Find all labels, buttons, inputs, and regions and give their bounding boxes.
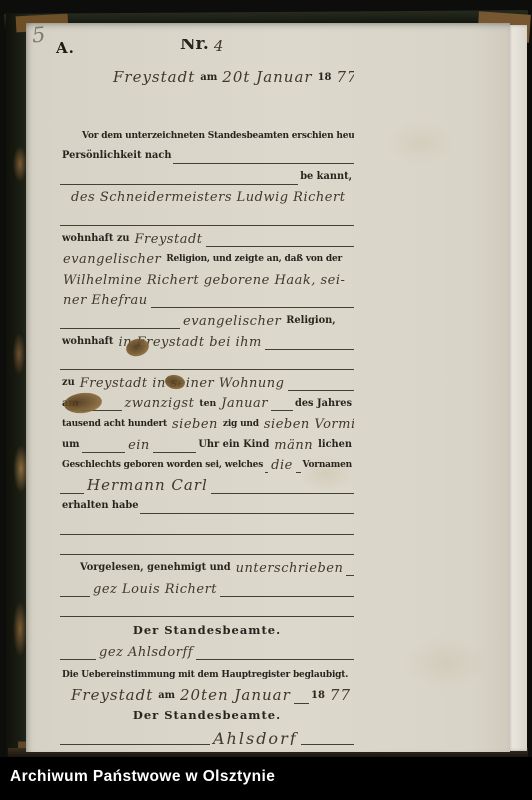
printed-text: 18: [309, 691, 327, 701]
printed-text: Der Standesbeamte.: [131, 625, 283, 637]
printed-text: tausend acht hundert: [60, 420, 169, 429]
form-line: [60, 514, 354, 535]
handwritten-text: Freystadt: [68, 688, 156, 703]
form-line: gez Louis Richert: [60, 576, 354, 597]
handwritten-text: gez Louis Richert: [90, 583, 220, 596]
ruled-blank: [265, 329, 354, 350]
printed-text: Uhr ein Kind: [196, 440, 271, 450]
registrar-signature-line: gez Ahlsdorff: [60, 640, 354, 661]
form-line: Vorgelesen, genehmigt undunterschrieben: [60, 555, 354, 576]
handwritten-text: evangelischer: [180, 315, 284, 328]
document-page: 5 A. Nr.4Freystadtam20t Januar1877Vor de…: [26, 23, 510, 752]
handwritten-text: 77: [327, 688, 354, 703]
printed-text: zig und: [221, 420, 261, 429]
ruled-blank: [60, 308, 180, 329]
printed-text: erhalten habe: [60, 501, 140, 511]
ruled-blank: [60, 205, 354, 226]
handwritten-text: ner Ehefrau: [60, 294, 151, 307]
handwritten-text: ein: [125, 439, 153, 452]
ruled-blank: [211, 473, 354, 494]
certification-date-line: Freystadtam20ten Januar1877: [60, 683, 354, 704]
printed-text: Geschlechts geboren worden sei, welches: [60, 461, 265, 470]
form-line: [60, 350, 354, 371]
ruled-blank: [60, 350, 354, 371]
handwritten-text: des Schneidermeisters Ludwig Richert: [68, 191, 348, 204]
ruled-blank: [60, 514, 354, 535]
scanned-register-book: 5 A. Nr.4Freystadtam20t Januar1877Vor de…: [0, 0, 532, 800]
form-line: [60, 597, 354, 618]
ruled-blank: [301, 724, 354, 745]
handwritten-text: Wilhelmine Richert geborene Haak, sei-: [60, 274, 348, 287]
printed-text: lichen: [316, 440, 354, 450]
printed-text: zu: [60, 378, 77, 388]
ruled-blank: [82, 432, 126, 453]
form-line: umeinUhr ein Kindmännlichen: [60, 432, 354, 453]
printed-text: wohnhaft: [60, 337, 115, 347]
archive-watermark-bar: Archiwum Państwowe w Olsztynie: [0, 757, 532, 800]
ruled-blank: [206, 226, 355, 247]
printed-text: des Jahres: [293, 399, 354, 409]
handwritten-text: Freystadt: [132, 233, 206, 246]
handwritten-text: männ: [271, 439, 316, 452]
final-signature-line: Ahlsdorf: [60, 724, 354, 745]
printed-text: Persönlichkeit nach: [60, 151, 173, 161]
printed-text: Religion, und zeigte an, daß von der: [164, 255, 344, 264]
ruled-blank: [173, 144, 354, 165]
form-line: wohnhaftin Freystadt bei ihm: [60, 329, 354, 350]
form-line: Wilhelmine Richert geborene Haak, sei-: [60, 267, 354, 288]
printed-text: am: [156, 691, 177, 701]
handwritten-text: gez Ahlsdorff: [96, 646, 196, 659]
printed-text: be kannt,: [298, 172, 354, 182]
printed-text: Vorgelesen, genehmigt und: [78, 563, 233, 573]
printed-text: Die Uebereinstimmung mit dem Hauptregist…: [60, 671, 350, 680]
form-line: erhalten habe: [60, 494, 354, 515]
form-line: Persönlichkeit nach: [60, 144, 354, 165]
ruled-blank: [60, 164, 298, 185]
facing-page-edge: [508, 25, 527, 751]
ruled-blank: [140, 494, 354, 515]
form-line: tausend acht hundertsiebenzig undsieben …: [60, 411, 354, 432]
ruled-blank: [60, 724, 210, 745]
handwritten-text: Freystadt: [110, 71, 198, 85]
form-line: zuFreystadt in seiner Wohnung: [60, 370, 354, 391]
handwritten-text: Hermann Carl: [84, 478, 211, 493]
handwritten-text: 20ten Januar: [177, 688, 294, 703]
handwritten-text: Ahlsdorf: [210, 731, 301, 745]
printed-text: Vor dem unterzeichneten Standesbeamten e…: [80, 132, 354, 141]
handwritten-text: evangelischer: [60, 253, 164, 266]
printed-text: Der Standesbeamte.: [131, 710, 283, 722]
form-line: amzwanzigsttenJanuardes Jahres: [60, 391, 354, 412]
ruled-blank: [288, 370, 355, 391]
certification-line: Die Uebereinstimmung mit dem Hauptregist…: [60, 662, 354, 683]
handwritten-text: sieben: [169, 418, 221, 431]
handwritten-text: 4: [211, 39, 227, 54]
printed-text: Vornamen: [301, 461, 354, 470]
handwritten-text: zwanzigst: [122, 397, 198, 410]
printed-text: 18: [316, 73, 334, 83]
printed-text: am: [198, 73, 219, 83]
form-line: Geschlechts geboren worden sei, welchesd…: [60, 453, 354, 474]
handwritten-text: sieben Vormittags: [261, 418, 354, 431]
ruled-blank: [196, 640, 354, 661]
printed-text: Nr.: [178, 39, 211, 53]
printed-text: ten: [197, 399, 218, 408]
ruled-blank: [271, 391, 293, 412]
archival-page-number: 5: [31, 22, 46, 47]
ruled-blank: [60, 640, 96, 661]
registrar-title: Der Standesbeamte.: [60, 619, 354, 640]
handwritten-text: die: [268, 459, 296, 472]
ruled-blank: [220, 576, 354, 597]
handwritten-text: unterschrieben: [233, 562, 347, 575]
header-date-line: Freystadtam20t Januar1877: [60, 71, 354, 101]
intro-line: Vor dem unterzeichneten Standesbeamten e…: [60, 123, 354, 144]
handwritten-text: 20t Januar: [219, 71, 315, 85]
form-line: [60, 535, 354, 556]
handwritten-text: 77: [334, 71, 355, 85]
printed-text: wohnhaft zu: [60, 234, 132, 244]
printed-text: um: [60, 440, 82, 450]
form-line: ner Ehefrau: [60, 288, 354, 309]
form-lines: Nr.4Freystadtam20t Januar1877Vor dem unt…: [60, 25, 354, 745]
form-line: evangelischerReligion,: [60, 308, 354, 329]
printed-text: Religion,: [284, 316, 337, 326]
form-line: be kannt,: [60, 164, 354, 185]
form-line: des Schneidermeisters Ludwig Richert: [60, 185, 354, 206]
form-line: wohnhaft zuFreystadt: [60, 226, 354, 247]
handwritten-text: Januar: [218, 397, 271, 410]
form-line: Hermann Carl: [60, 473, 354, 494]
ruled-blank: [153, 432, 197, 453]
ruled-blank: [294, 683, 309, 704]
ruled-blank: [60, 597, 354, 618]
archive-watermark-text: Archiwum Państwowe w Olsztynie: [10, 768, 275, 786]
record-number-line: Nr.4: [60, 39, 354, 65]
form-line: evangelischerReligion, und zeigte an, da…: [60, 247, 354, 268]
ruled-blank: [151, 288, 354, 309]
ruled-blank: [60, 576, 90, 597]
form-line: [60, 205, 354, 226]
registrar-title: Der Standesbeamte.: [60, 704, 354, 725]
ruled-blank: [60, 535, 354, 556]
ruled-blank: [346, 555, 354, 576]
book-spine-edge: [6, 14, 28, 756]
ruled-blank: [60, 473, 84, 494]
